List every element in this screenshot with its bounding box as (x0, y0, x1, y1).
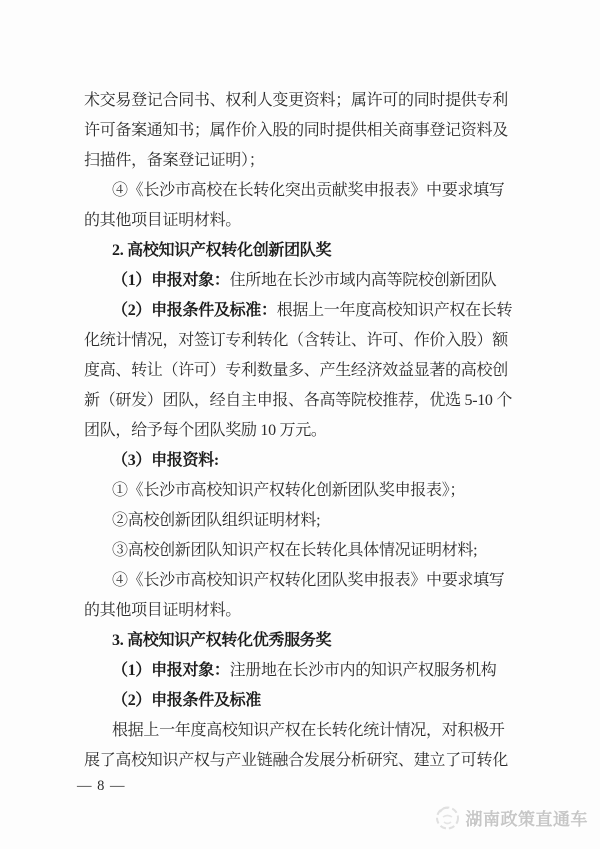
text-run: 的其他项目证明材料。 (84, 212, 241, 229)
text-run: 团队，给予每个团队奖励 10 万元。 (84, 422, 327, 439)
text-line: （1）申报对象：注册地在长沙市内的知识产权服务机构 (84, 656, 524, 686)
text-run-bold: （2）申报条件及标准： (112, 302, 277, 319)
text-line: ①《长沙市高校知识产权转化创新团队奖申报表》； (84, 476, 524, 506)
text-run: ③高校创新团队知识产权在长转化具体情况证明材料; (112, 542, 477, 559)
text-run: 展了高校知识产权与产业链融合发展分析研究、建立了可转化 (84, 752, 508, 769)
text-run: 化统计情况，对签订专利转化（含转让、许可、作价入股）额 (84, 332, 508, 349)
text-line: （3）申报资料: (84, 446, 524, 476)
text-line: ③高校创新团队知识产权在长转化具体情况证明材料; (84, 536, 524, 566)
text-run-bold: 2. 高校知识产权转化创新团队奖 (112, 242, 331, 259)
text-line: 的其他项目证明材料。 (84, 596, 524, 626)
text-line: 展了高校知识产权与产业链融合发展分析研究、建立了可转化 (84, 746, 524, 776)
text-line: ④《长沙市高校在长转化突出贡献奖申报表》中要求填写 (84, 176, 524, 206)
brand-logo-icon (434, 804, 461, 831)
text-run: ①《长沙市高校知识产权转化创新团队奖申报表》； (112, 482, 465, 499)
text-run: 新（研发）团队，经自主申报、各高等院校推荐，优选 5-10 个 (84, 392, 512, 409)
text-run: 的其他项目证明材料。 (84, 602, 241, 619)
text-run: 注册地在长沙市内的知识产权服务机构 (230, 662, 497, 679)
text-line: ④《长沙市高校知识产权转化团队奖申报表》中要求填写 (84, 566, 524, 596)
text-run: ④《长沙市高校在长转化突出贡献奖申报表》中要求填写 (112, 182, 505, 199)
text-line: 3. 高校知识产权转化优秀服务奖 (84, 626, 524, 656)
text-line: 的其他项目证明材料。 (84, 206, 524, 236)
text-line: 扫描件，备案登记证明）； (84, 146, 524, 176)
text-line: （2）申报条件及标准：根据上一年度高校知识产权在长转 (84, 296, 524, 326)
text-run: 扫描件，备案登记证明）； (84, 152, 264, 169)
text-line: 许可备案通知书；属作价入股的同时提供相关商事登记资料及 (84, 116, 524, 146)
text-run: 根据上一年度高校知识产权在长转 (277, 302, 513, 319)
text-run-bold: （1）申报对象： (112, 272, 230, 289)
text-run: ②高校创新团队组织证明材料; (112, 512, 320, 529)
text-line: 根据上一年度高校知识产权在长转化统计情况，对积极开 (84, 716, 524, 746)
text-run-bold: 3. 高校知识产权转化优秀服务奖 (112, 632, 331, 649)
text-line: （2）申报条件及标准 (84, 686, 524, 716)
page-number: — 8 — (77, 778, 126, 795)
text-run-bold: （3）申报资料: (112, 452, 219, 469)
document-page: 术交易登记合同书、权利人变更资料；属许可的同时提供专利许可备案通知书；属作价入股… (0, 0, 600, 849)
text-run: 许可备案通知书；属作价入股的同时提供相关商事登记资料及 (84, 122, 508, 139)
text-run: ④《长沙市高校知识产权转化团队奖申报表》中要求填写 (112, 572, 505, 589)
text-line: 团队，给予每个团队奖励 10 万元。 (84, 416, 524, 446)
text-run-bold: （2）申报条件及标准 (112, 692, 261, 709)
watermark: 湖南政策直通车 (434, 804, 589, 831)
text-line: （1）申报对象：住所地在长沙市域内高等院校创新团队 (84, 266, 524, 296)
text-run: 度高、转让（许可）专利数量多、产生经济效益显著的高校创 (84, 362, 508, 379)
text-run: 术交易登记合同书、权利人变更资料；属许可的同时提供专利 (84, 92, 508, 109)
text-line: 术交易登记合同书、权利人变更资料；属许可的同时提供专利 (84, 86, 524, 116)
text-line: 2. 高校知识产权转化创新团队奖 (84, 236, 524, 266)
document-lines: 术交易登记合同书、权利人变更资料；属许可的同时提供专利许可备案通知书；属作价入股… (84, 86, 524, 776)
text-line: ②高校创新团队组织证明材料; (84, 506, 524, 536)
text-run: 根据上一年度高校知识产权在长转化统计情况，对积极开 (112, 722, 505, 739)
text-line: 度高、转让（许可）专利数量多、产生经济效益显著的高校创 (84, 356, 524, 386)
text-run: 住所地在长沙市域内高等院校创新团队 (230, 272, 497, 289)
text-line: 新（研发）团队，经自主申报、各高等院校推荐，优选 5-10 个 (84, 386, 524, 416)
watermark-label: 湖南政策直通车 (466, 805, 589, 830)
text-line: 化统计情况，对签订专利转化（含转让、许可、作价入股）额 (84, 326, 524, 356)
text-run-bold: （1）申报对象： (112, 662, 230, 679)
